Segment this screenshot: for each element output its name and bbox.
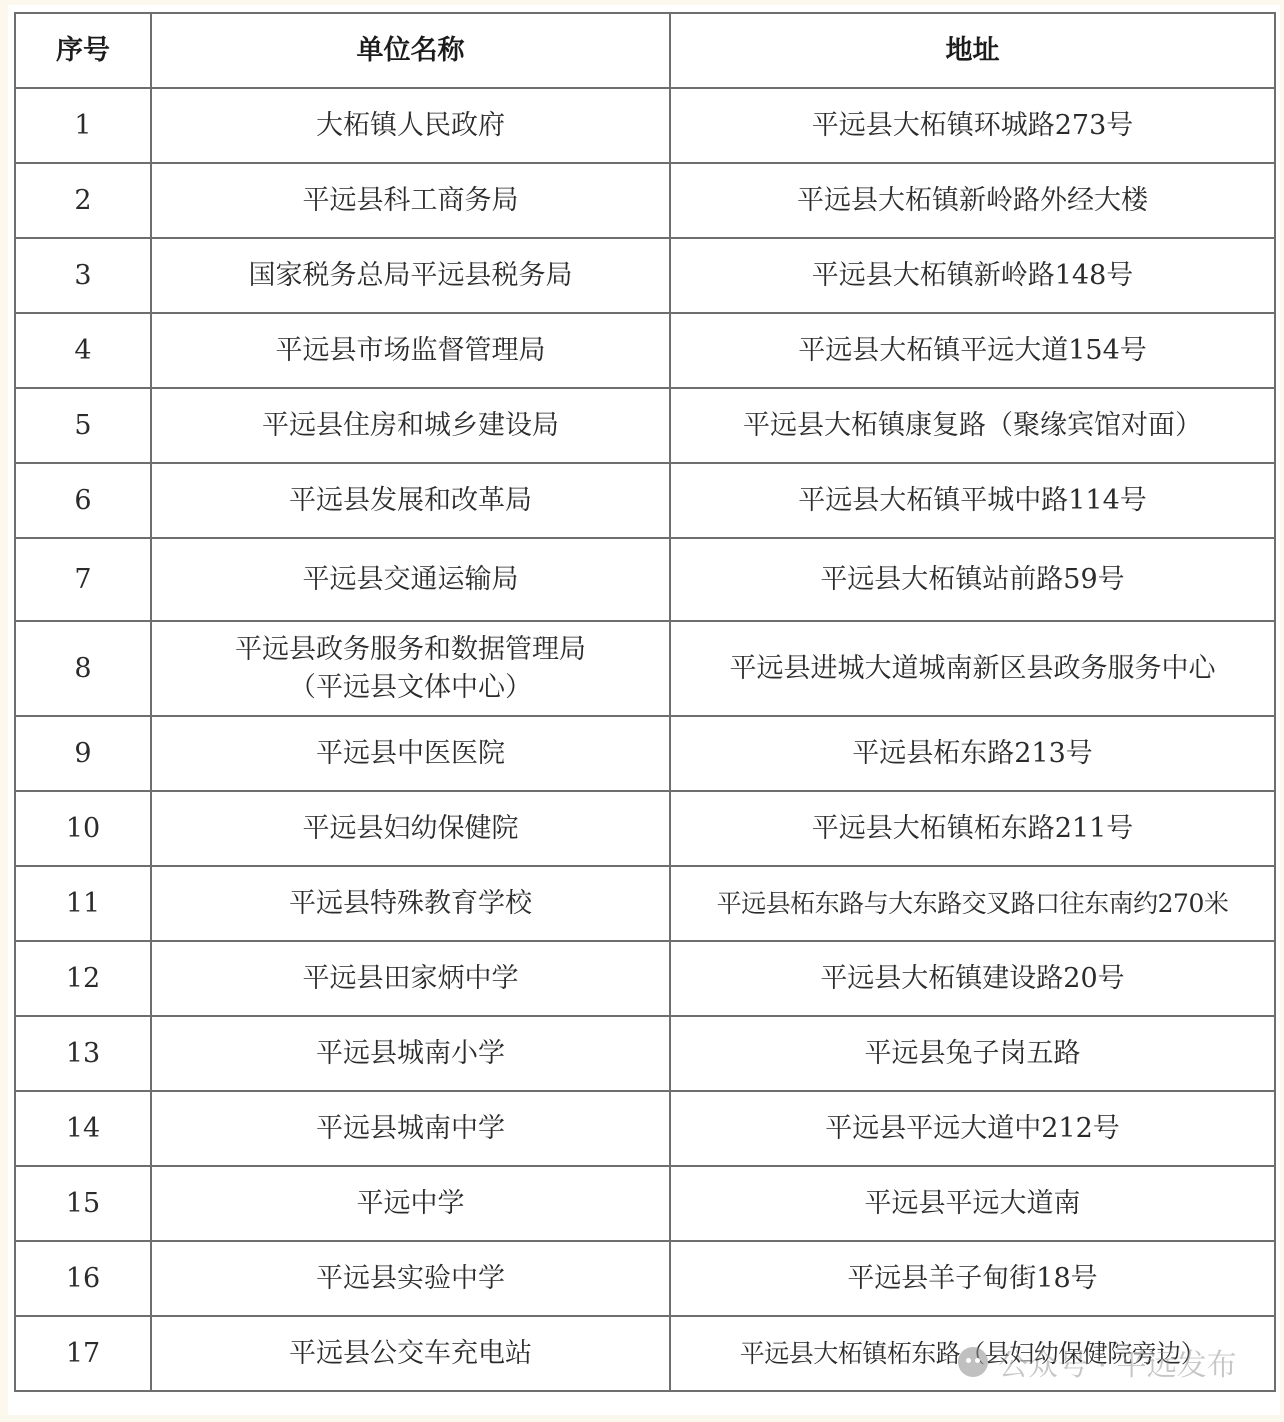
table-row: 14 平远县城南中学 平远县平远大道中212号 — [15, 1091, 1275, 1166]
cell-unit-name: 平远县城南中学 — [151, 1091, 670, 1166]
cell-unit-name: 平远中学 — [151, 1166, 670, 1241]
table-row: 8 平远县政务服务和数据管理局 （平远县文体中心） 平远县进城大道城南新区县政务… — [15, 621, 1275, 716]
table-row: 5 平远县住房和城乡建设局 平远县大柘镇康复路（聚缘宾馆对面） — [15, 388, 1275, 463]
table-header-row: 序号 单位名称 地址 — [15, 13, 1275, 88]
table-row: 1 大柘镇人民政府 平远县大柘镇环城路273号 — [15, 88, 1275, 163]
cell-serial-number: 3 — [15, 238, 151, 313]
table-row: 2 平远县科工商务局 平远县大柘镇新岭路外经大楼 — [15, 163, 1275, 238]
table-row: 17 平远县公交车充电站 平远县大柘镇柘东路（县妇幼保健院旁边） — [15, 1316, 1275, 1391]
cell-unit-name: 平远县妇幼保健院 — [151, 791, 670, 866]
cell-serial-number: 8 — [15, 621, 151, 716]
header-address: 地址 — [670, 13, 1275, 88]
cell-address: 平远县大柘镇平远大道154号 — [670, 313, 1275, 388]
table-row: 4 平远县市场监督管理局 平远县大柘镇平远大道154号 — [15, 313, 1275, 388]
cell-unit-name: 平远县发展和改革局 — [151, 463, 670, 538]
table-row: 9 平远县中医医院 平远县柘东路213号 — [15, 716, 1275, 791]
table-row: 13 平远县城南小学 平远县兔子岗五路 — [15, 1016, 1275, 1091]
cell-address: 平远县大柘镇康复路（聚缘宾馆对面） — [670, 388, 1275, 463]
cell-unit-name: 平远县田家炳中学 — [151, 941, 670, 1016]
cell-serial-number: 17 — [15, 1316, 151, 1391]
cell-address: 平远县大柘镇环城路273号 — [670, 88, 1275, 163]
cell-serial-number: 1 — [15, 88, 151, 163]
cell-address: 平远县羊子甸街18号 — [670, 1241, 1275, 1316]
table-row: 12 平远县田家炳中学 平远县大柘镇建设路20号 — [15, 941, 1275, 1016]
table-row: 15 平远中学 平远县平远大道南 — [15, 1166, 1275, 1241]
cell-serial-number: 16 — [15, 1241, 151, 1316]
cell-unit-name: 平远县城南小学 — [151, 1016, 670, 1091]
header-unit-name: 单位名称 — [151, 13, 670, 88]
table-row: 16 平远县实验中学 平远县羊子甸街18号 — [15, 1241, 1275, 1316]
cell-unit-name: 平远县实验中学 — [151, 1241, 670, 1316]
table-row: 11 平远县特殊教育学校 平远县柘东路与大东路交叉路口往东南约270米 — [15, 866, 1275, 941]
cell-address: 平远县柘东路213号 — [670, 716, 1275, 791]
cell-serial-number: 11 — [15, 866, 151, 941]
cell-unit-name: 平远县交通运输局 — [151, 538, 670, 621]
cell-unit-name: 平远县特殊教育学校 — [151, 866, 670, 941]
table-row: 3 国家税务总局平远县税务局 平远县大柘镇新岭路148号 — [15, 238, 1275, 313]
cell-serial-number: 4 — [15, 313, 151, 388]
cell-serial-number: 12 — [15, 941, 151, 1016]
cell-unit-name: 国家税务总局平远县税务局 — [151, 238, 670, 313]
cell-serial-number: 2 — [15, 163, 151, 238]
table-row: 7 平远县交通运输局 平远县大柘镇站前路59号 — [15, 538, 1275, 621]
unit-name-line-1: 平远县政务服务和数据管理局 — [156, 631, 665, 669]
cell-address: 平远县兔子岗五路 — [670, 1016, 1275, 1091]
unit-name-line-2: （平远县文体中心） — [156, 669, 665, 707]
cell-serial-number: 5 — [15, 388, 151, 463]
unit-address-table: 序号 单位名称 地址 1 大柘镇人民政府 平远县大柘镇环城路273号 2 平远县… — [14, 12, 1276, 1392]
cell-address: 平远县进城大道城南新区县政务服务中心 — [670, 621, 1275, 716]
header-serial-number: 序号 — [15, 13, 151, 88]
cell-address: 平远县大柘镇建设路20号 — [670, 941, 1275, 1016]
cell-address: 平远县大柘镇站前路59号 — [670, 538, 1275, 621]
cell-address: 平远县平远大道南 — [670, 1166, 1275, 1241]
cell-serial-number: 10 — [15, 791, 151, 866]
cell-address: 平远县大柘镇新岭路外经大楼 — [670, 163, 1275, 238]
cell-address: 平远县大柘镇柘东路211号 — [670, 791, 1275, 866]
cell-serial-number: 7 — [15, 538, 151, 621]
cell-address: 平远县大柘镇新岭路148号 — [670, 238, 1275, 313]
cell-unit-name: 平远县科工商务局 — [151, 163, 670, 238]
cell-serial-number: 15 — [15, 1166, 151, 1241]
cell-address: 平远县柘东路与大东路交叉路口往东南约270米 — [670, 866, 1275, 941]
cell-serial-number: 9 — [15, 716, 151, 791]
cell-unit-name: 平远县政务服务和数据管理局 （平远县文体中心） — [151, 621, 670, 716]
table-row: 6 平远县发展和改革局 平远县大柘镇平城中路114号 — [15, 463, 1275, 538]
table-row: 10 平远县妇幼保健院 平远县大柘镇柘东路211号 — [15, 791, 1275, 866]
cell-address: 平远县大柘镇平城中路114号 — [670, 463, 1275, 538]
cell-serial-number: 13 — [15, 1016, 151, 1091]
cell-unit-name: 平远县住房和城乡建设局 — [151, 388, 670, 463]
cell-unit-name: 大柘镇人民政府 — [151, 88, 670, 163]
cell-unit-name: 平远县中医医院 — [151, 716, 670, 791]
cell-unit-name: 平远县公交车充电站 — [151, 1316, 670, 1391]
cell-serial-number: 14 — [15, 1091, 151, 1166]
cell-serial-number: 6 — [15, 463, 151, 538]
cell-address: 平远县大柘镇柘东路（县妇幼保健院旁边） — [670, 1316, 1275, 1391]
cell-address: 平远县平远大道中212号 — [670, 1091, 1275, 1166]
cell-unit-name: 平远县市场监督管理局 — [151, 313, 670, 388]
